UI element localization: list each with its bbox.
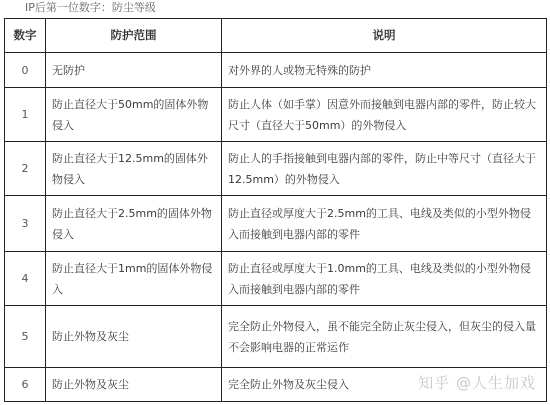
- cell-digit: 5: [5, 306, 46, 368]
- cell-scope: 防止直径大于50mm的固体外物侵入: [46, 88, 222, 142]
- table-row: 0 无防护 对外界的人或物无特殊的防护: [5, 53, 547, 88]
- cell-description: 防止直径或厚度大于2.5mm的工具、电线及类似的小型外物侵入而接触到电器内部的零…: [222, 196, 547, 252]
- table-caption: IP后第一位数字：防尘等级: [25, 1, 156, 15]
- cell-scope: 防止直径大于2.5mm的固体外物侵入: [46, 196, 222, 252]
- cell-description: 对外界的人或物无特殊的防护: [222, 53, 547, 88]
- cell-digit: 6: [5, 368, 46, 402]
- cell-scope: 无防护: [46, 53, 222, 88]
- table-row: 3 防止直径大于2.5mm的固体外物侵入 防止直径或厚度大于2.5mm的工具、电…: [5, 196, 547, 252]
- cell-scope: 防止直径大于12.5mm的固体外物侵入: [46, 142, 222, 196]
- cell-digit: 2: [5, 142, 46, 196]
- cell-scope: 防止外物及灰尘: [46, 368, 222, 402]
- cell-scope: 防止外物及灰尘: [46, 306, 222, 368]
- cell-description: 防止直径或厚度大于1.0mm的工具、电线及类似的小型外物侵入而接触到电器内部的零…: [222, 252, 547, 306]
- cell-digit: 0: [5, 53, 46, 88]
- table-header-row: 数字 防护范围 说明: [5, 19, 547, 53]
- cell-digit: 3: [5, 196, 46, 252]
- cell-description: 防止人体（如手掌）因意外而接触到电器内部的零件，防止较大尺寸（直径大于50mm）…: [222, 88, 547, 142]
- cell-scope: 防止直径大于1mm的固体外物侵入: [46, 252, 222, 306]
- zhihu-watermark: 知乎 @人生加戏: [418, 372, 536, 393]
- table-row: 4 防止直径大于1mm的固体外物侵入 防止直径或厚度大于1.0mm的工具、电线及…: [5, 252, 547, 306]
- table-row: 2 防止直径大于12.5mm的固体外物侵入 防止人的手指接触到电器内部的零件，防…: [5, 142, 547, 196]
- table-row: 5 防止外物及灰尘 完全防止外物侵入，虽不能完全防止灰尘侵入，但灰尘的侵入量不会…: [5, 306, 547, 368]
- cell-digit: 1: [5, 88, 46, 142]
- header-digit: 数字: [5, 19, 46, 53]
- table-row: 1 防止直径大于50mm的固体外物侵入 防止人体（如手掌）因意外而接触到电器内部…: [5, 88, 547, 142]
- ip-dust-protection-table: 数字 防护范围 说明 0 无防护 对外界的人或物无特殊的防护 1 防止直径大于5…: [4, 18, 547, 402]
- header-description: 说明: [222, 19, 547, 53]
- cell-digit: 4: [5, 252, 46, 306]
- header-scope: 防护范围: [46, 19, 222, 53]
- cell-description: 防止人的手指接触到电器内部的零件，防止中等尺寸（直径大于12.5mm）的外物侵入: [222, 142, 547, 196]
- cell-description: 完全防止外物侵入，虽不能完全防止灰尘侵入，但灰尘的侵入量不会影响电器的正常运作: [222, 306, 547, 368]
